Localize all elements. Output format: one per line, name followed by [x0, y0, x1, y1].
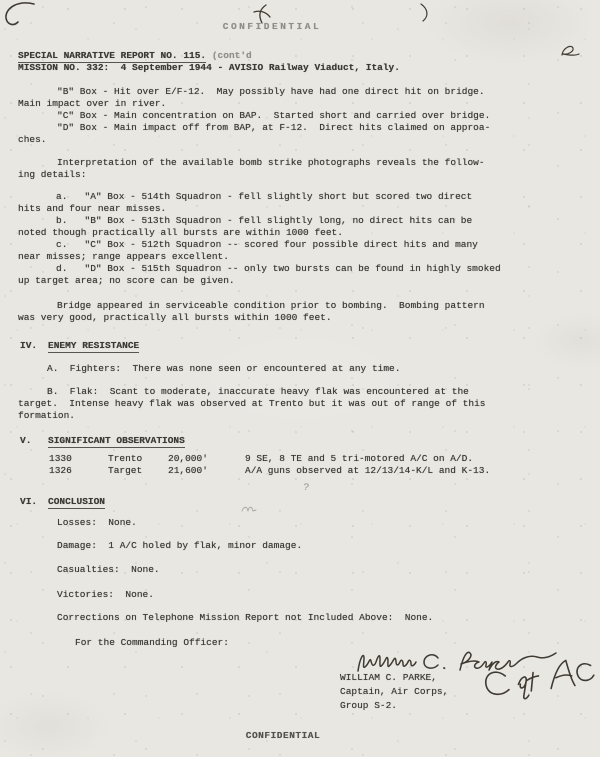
- pen-mark-paren: [418, 2, 434, 22]
- flak-line: B. Flak: Scant to moderate, inaccurate h…: [18, 386, 596, 398]
- paragraph-line: ing details:: [18, 169, 596, 181]
- signer-name: WILLIAM C. PARKE,: [340, 671, 596, 685]
- mission-line: MISSION NO. 332: 4 September 1944 - AVIS…: [18, 62, 596, 74]
- obs-place: Target: [108, 465, 168, 477]
- classification-top: CONFIDENTIAL: [0, 21, 544, 33]
- paragraph-line: Bridge appeared in serviceable condition…: [18, 300, 596, 312]
- section-number: VI.: [20, 496, 48, 508]
- bridge-summary: Bridge appeared in serviceable condition…: [18, 300, 596, 324]
- item-d-line: d. "D" Box - 515th Squadron -- only two …: [18, 263, 596, 275]
- obs-remarks: 9 SE, 8 TE and 5 tri-motored A/C on A/D.: [245, 453, 473, 464]
- losses-line: Losses: None.: [57, 517, 596, 529]
- corrections-line: Corrections on Telephone Mission Report …: [57, 612, 596, 624]
- signer-unit: Group S-2.: [340, 699, 596, 713]
- paragraph-line: "D" Box - Main impact off from BAP, at F…: [18, 122, 596, 134]
- fighters-line-wrap: A. Fighters: There was none seen or enco…: [18, 363, 596, 375]
- observations-table: 1330Trento20,000'9 SE, 8 TE and 5 tri-mo…: [49, 453, 596, 477]
- flak-line: target. Intense heavy flak was observed …: [18, 398, 596, 410]
- item-a-line: a. "A" Box - 514th Squadron - fell sligh…: [18, 191, 596, 203]
- report-header: SPECIAL NARRATIVE REPORT NO. 115. (cont'…: [18, 50, 596, 74]
- paragraph-line: was very good, practically all bursts wi…: [18, 312, 596, 324]
- section-v-header: V.SIGNIFICANT OBSERVATIONS: [20, 435, 596, 447]
- signer-rank: Captain, Air Corps,: [340, 685, 596, 699]
- section-title: SIGNIFICANT OBSERVATIONS: [48, 435, 185, 448]
- item-c-line: near misses; range appears excellent.: [18, 251, 596, 263]
- paragraph-line: ches.: [18, 134, 596, 146]
- obs-time: 1330: [49, 453, 108, 465]
- box-summary: "B" Box - Hit over E/F-12. May possibly …: [18, 86, 596, 146]
- item-a-line: hits and four near misses.: [18, 203, 596, 215]
- section-iv-header: IV.ENEMY RESISTANCE: [20, 340, 596, 352]
- flak-paragraph: B. Flak: Scant to moderate, inaccurate h…: [18, 386, 596, 422]
- obs-place: Trento: [108, 453, 168, 465]
- flak-line: formation.: [18, 410, 596, 422]
- damage-line: Damage: 1 A/C holed by flak, minor damag…: [57, 540, 596, 552]
- interpretation-paragraph: Interpretation of the available bomb str…: [18, 157, 596, 181]
- obs-altitude: 20,000': [168, 453, 245, 465]
- item-b-line: b. "B" Box - 513th Squadron - fell sligh…: [18, 215, 596, 227]
- pen-mark-question: ?: [302, 483, 310, 496]
- paragraph-line: "B" Box - Hit over E/F-12. May possibly …: [18, 86, 596, 98]
- section-vi-header: VI.CONCLUSION: [20, 496, 596, 508]
- fighters-line: A. Fighters: There was none seen or enco…: [18, 363, 596, 375]
- casualties-line: Casualties: None.: [57, 564, 596, 576]
- report-cont-note: (cont'd: [206, 50, 252, 61]
- item-b-line: noted though practically all bursts are …: [18, 227, 596, 239]
- item-c-line: c. "C" Box - 512th Squadron -- scored fo…: [18, 239, 596, 251]
- victories-line: Victories: None.: [57, 589, 596, 601]
- signature-block: WILLIAM C. PARKE, Captain, Air Corps, Gr…: [340, 671, 596, 713]
- section-title: CONCLUSION: [48, 496, 105, 509]
- section-number: V.: [20, 435, 48, 447]
- squadron-results: a. "A" Box - 514th Squadron - fell sligh…: [18, 191, 596, 287]
- observation-row: 1330Trento20,000'9 SE, 8 TE and 5 tri-mo…: [49, 453, 596, 465]
- classification-bottom: CONFIDENTIAL: [0, 730, 566, 742]
- scanned-report-page: ? CONFIDENTIAL SPECIAL NARRATIVE REPORT …: [0, 0, 600, 757]
- paragraph-line: Main impact over in river.: [18, 98, 596, 110]
- section-number: IV.: [20, 340, 48, 352]
- report-title-line: SPECIAL NARRATIVE REPORT NO. 115. (cont'…: [18, 50, 596, 62]
- observation-row: 1326Target21,600'A/A guns observed at 12…: [49, 465, 596, 477]
- obs-altitude: 21,600': [168, 465, 245, 477]
- item-d-line: up target area; no score can be given.: [18, 275, 596, 287]
- paragraph-line: Interpretation of the available bomb str…: [18, 157, 596, 169]
- obs-remarks: A/A guns observed at 12/13/14-K/L and K-…: [245, 465, 490, 476]
- section-title: ENEMY RESISTANCE: [48, 340, 139, 353]
- obs-time: 1326: [49, 465, 108, 477]
- paragraph-line: "C" Box - Main concentration on BAP. Sta…: [18, 110, 596, 122]
